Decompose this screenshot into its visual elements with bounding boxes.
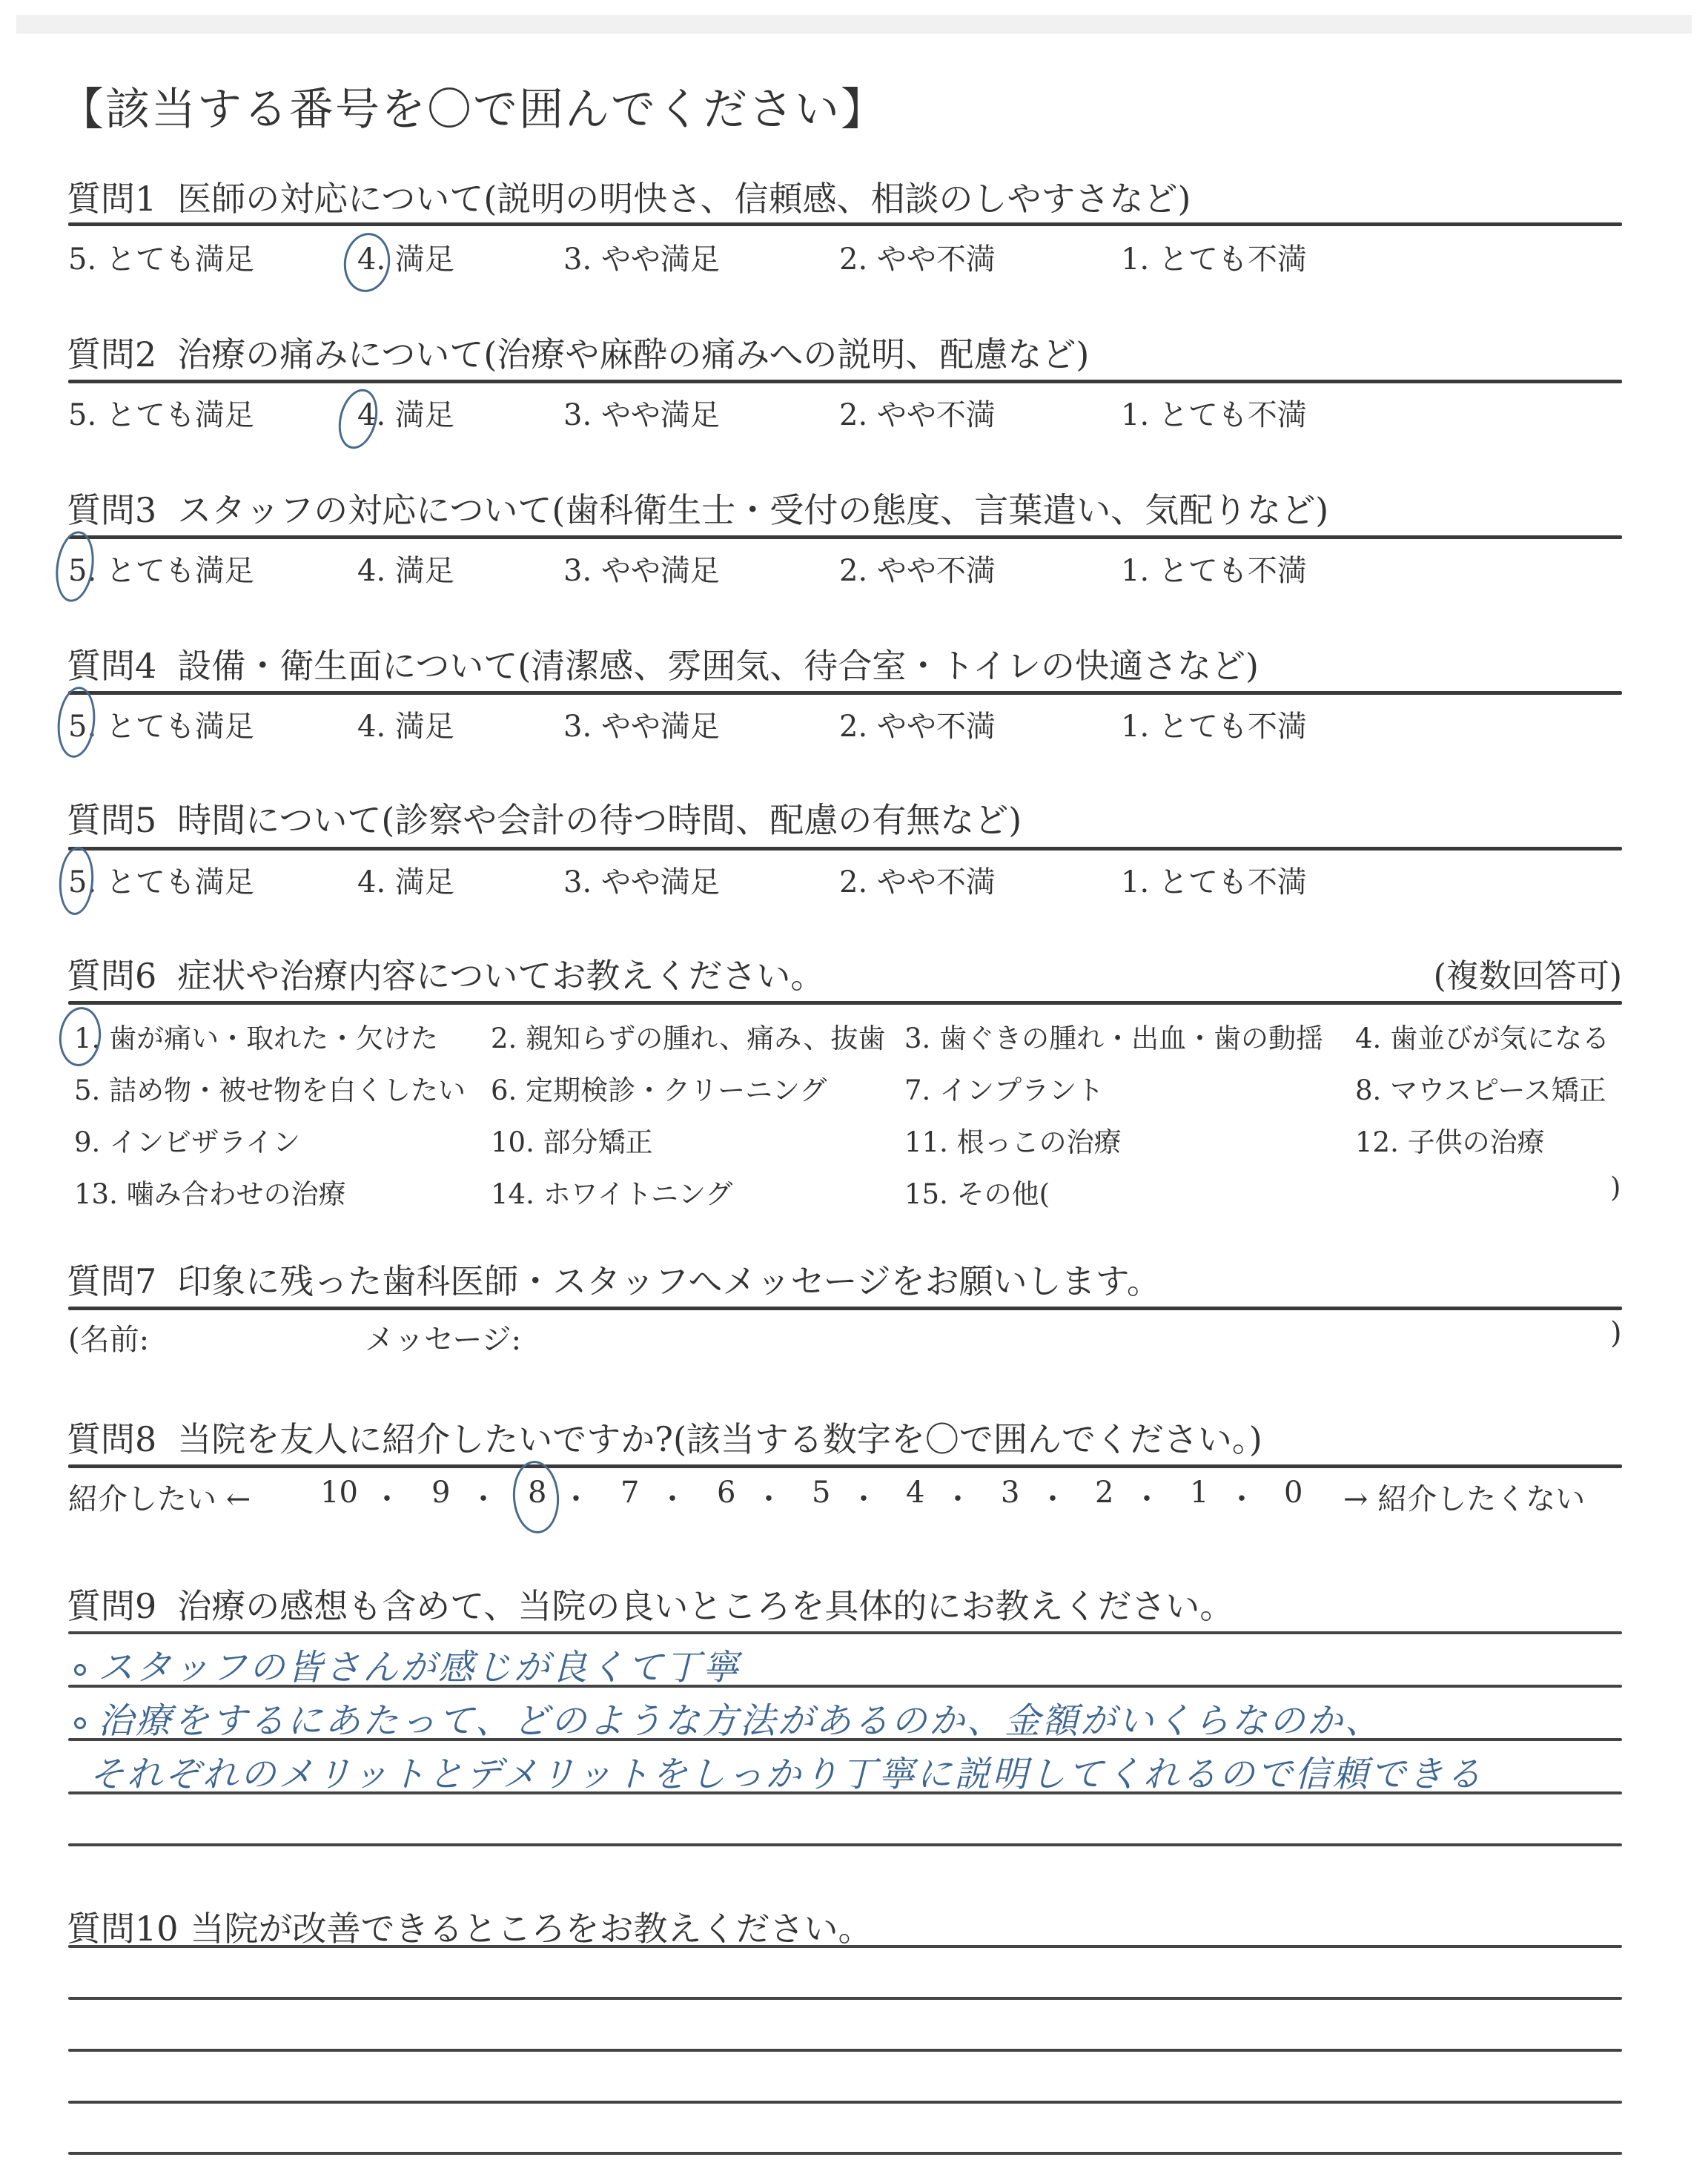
recommend-label: 紹介したい ← <box>68 1476 251 1518</box>
divider <box>68 1464 1622 1468</box>
handwritten-answer-line-1[interactable]: スタッフの皆さんが感じが良くて丁寧 <box>74 1639 741 1690</box>
question-text: 印象に残った歯科医師・スタッフへメッセージをお願いします。 <box>177 1261 1161 1301</box>
score-4[interactable]: 4 <box>906 1476 924 1510</box>
option-1[interactable]: 1. とても不満 <box>1121 859 1307 901</box>
option-4[interactable]: 4. 満足 <box>357 859 454 901</box>
question-text: 当院を友人に紹介したいですか?(該当する数字を〇で囲んでください。) <box>177 1419 1262 1459</box>
question-number: 質問2 <box>67 334 156 374</box>
divider <box>68 1307 1622 1310</box>
option-4[interactable]: 4. 満足 <box>357 703 454 745</box>
question-2-heading: 質問2治療の痛みについて(治療や麻酔の痛みへの説明、配慮など) <box>67 328 1089 377</box>
question-number: 質問10 <box>67 1909 179 1949</box>
answer-line[interactable] <box>68 2049 1622 2052</box>
separator-dot: ・ <box>469 1476 498 1518</box>
question-number: 質問9 <box>67 1586 156 1626</box>
question-9-heading: 質問9治療の感想も含めて、当院の良いところを具体的にお教えください。 <box>67 1579 1234 1628</box>
option-9[interactable]: 9. インビザライン <box>74 1120 300 1160</box>
question-text: 設備・衛生面について(清潔感、雰囲気、待合室・トイレの快適さなど) <box>177 646 1259 686</box>
question-number: 質問7 <box>67 1261 156 1301</box>
option-3[interactable]: 3. 歯ぐきの腫れ・出血・歯の動揺 <box>904 1016 1323 1056</box>
page-title: 【該当する番号を〇で囲んでください】 <box>59 74 887 138</box>
question-number: 質問5 <box>67 800 156 840</box>
option-2[interactable]: 2. やや不満 <box>839 236 996 278</box>
question-text: 時間について(診察や会計の待つ時間、配慮の有無など) <box>177 800 1022 840</box>
option-3[interactable]: 3. やや満足 <box>563 236 720 278</box>
score-9[interactable]: 9 <box>431 1476 450 1510</box>
multiple-answers-note: (複数回答可) <box>1434 949 1622 997</box>
answer-line <box>68 1631 1622 1634</box>
bullet-icon <box>74 1717 86 1729</box>
question-1-heading: 質問1医師の対応について(説明の明快さ、信頼感、相談のしやすさなど) <box>67 172 1191 221</box>
not-recommend-label: → 紹介したくない <box>1343 1476 1585 1518</box>
option-5[interactable]: 5. とても満足 <box>68 859 254 901</box>
separator-dot: ・ <box>658 1476 687 1518</box>
question-text: スタッフの対応について(歯科衛生士・受付の態度、言葉遣い、気配りなど) <box>177 490 1328 530</box>
question-7-heading: 質問7印象に残った歯科医師・スタッフへメッセージをお願いします。 <box>67 1255 1161 1304</box>
answer-line <box>68 1843 1622 1846</box>
separator-dot: ・ <box>372 1476 402 1518</box>
question-number: 質問1 <box>67 179 156 219</box>
option-11[interactable]: 11. 根っこの治療 <box>904 1120 1122 1160</box>
question-number: 質問4 <box>67 646 156 686</box>
option-5[interactable]: 5. とても満足 <box>68 236 254 278</box>
question-text: 症状や治療内容についてお教えください。 <box>177 956 824 996</box>
separator-dot: ・ <box>754 1476 784 1518</box>
question-5-heading: 質問5時間について(診察や会計の待つ時間、配慮の有無など) <box>67 793 1022 842</box>
divider <box>68 1001 1622 1005</box>
score-5[interactable]: 5 <box>812 1476 830 1510</box>
question-number: 質問8 <box>67 1419 156 1459</box>
option-7[interactable]: 7. インプラント <box>904 1068 1104 1108</box>
question-10-heading: 質問10当院が改善できるところをお教えください。 <box>67 1902 873 1951</box>
question-4-heading: 質問4設備・衛生面について(清潔感、雰囲気、待合室・トイレの快適さなど) <box>67 639 1259 688</box>
option-1[interactable]: 1. とても不満 <box>1121 703 1307 745</box>
answer-line <box>68 1685 1622 1688</box>
option-4[interactable]: 4. 満足 <box>357 547 454 589</box>
name-field-label[interactable]: (名前: <box>68 1316 149 1358</box>
message-field-label[interactable]: メッセージ: <box>365 1316 521 1358</box>
score-6[interactable]: 6 <box>717 1476 735 1510</box>
divider <box>68 380 1622 383</box>
question-number: 質問6 <box>67 956 156 996</box>
question-3-heading: 質問3スタッフの対応について(歯科衛生士・受付の態度、言葉遣い、気配りなど) <box>67 483 1328 532</box>
option-3[interactable]: 3. やや満足 <box>563 392 720 434</box>
option-5[interactable]: 5. とても満足 <box>68 547 254 589</box>
score-1[interactable]: 1 <box>1190 1476 1208 1510</box>
option-1[interactable]: 1. とても不満 <box>1121 236 1307 278</box>
handwritten-answer-line-2[interactable]: 治療をするにあたって、どのような方法があるのか、金額がいくらなのか、 <box>74 1692 1383 1743</box>
score-3[interactable]: 3 <box>1001 1476 1019 1510</box>
option-2[interactable]: 2. やや不満 <box>839 859 996 901</box>
answer-line <box>68 1738 1622 1741</box>
score-7[interactable]: 7 <box>620 1476 639 1510</box>
question-text: 治療の痛みについて(治療や麻酔の痛みへの説明、配慮など) <box>177 334 1089 374</box>
divider <box>68 222 1622 226</box>
answer-line[interactable] <box>68 1945 1622 1948</box>
divider <box>68 691 1622 695</box>
separator-dot: ・ <box>1132 1476 1162 1518</box>
separator-dot: ・ <box>849 1476 878 1518</box>
option-3[interactable]: 3. やや満足 <box>563 547 720 589</box>
option-3[interactable]: 3. やや満足 <box>563 859 720 901</box>
option-5[interactable]: 5. 詰め物・被せ物を白くしたい <box>74 1068 466 1108</box>
option-3[interactable]: 3. やや満足 <box>563 703 720 745</box>
question-number: 質問3 <box>67 490 156 530</box>
score-8[interactable]: 8 <box>528 1476 546 1510</box>
answer-line[interactable] <box>68 2152 1622 2155</box>
question-8-heading: 質問8当院を友人に紹介したいですか?(該当する数字を〇で囲んでください。) <box>67 1413 1262 1462</box>
option-14[interactable]: 14. ホワイトニング <box>491 1172 732 1212</box>
answer-line <box>68 1791 1622 1794</box>
option-4[interactable]: 4. 満足 <box>357 392 454 434</box>
option-1[interactable]: 1. 歯が痛い・取れた・欠けた <box>74 1016 438 1056</box>
option-5[interactable]: 5. とても満足 <box>68 703 254 745</box>
answer-line[interactable] <box>68 1997 1622 2000</box>
question-text: 当院が改善できるところをお教えください。 <box>191 1909 873 1949</box>
option-10[interactable]: 10. 部分矯正 <box>491 1120 653 1160</box>
score-10[interactable]: 10 <box>320 1476 358 1510</box>
separator-dot: ・ <box>1038 1476 1067 1518</box>
option-5[interactable]: 5. とても満足 <box>68 392 254 434</box>
option-15-other[interactable]: 15. その他( <box>904 1172 1050 1212</box>
option-4[interactable]: 4. 満足 <box>357 236 454 278</box>
handwritten-answer-line-3[interactable]: それぞれのメリットとデメリットをしっかり丁寧に説明してくれるので信頼できる <box>89 1745 1483 1797</box>
separator-dot: ・ <box>943 1476 973 1518</box>
answer-line[interactable] <box>68 2101 1622 2104</box>
scan-top-edge <box>16 15 1692 33</box>
option-8[interactable]: 8. マウスピース矯正 <box>1355 1068 1606 1108</box>
question-text: 医師の対応について(説明の明快さ、信頼感、相談のしやすさなど) <box>177 179 1191 219</box>
option-2[interactable]: 2. やや不満 <box>839 547 996 589</box>
score-0[interactable]: 0 <box>1284 1476 1302 1510</box>
option-15-close-paren: ) <box>1610 1172 1621 1203</box>
option-4[interactable]: 4. 歯並びが気になる <box>1355 1016 1609 1056</box>
option-1[interactable]: 1. とても不満 <box>1121 547 1307 589</box>
option-2[interactable]: 2. やや不満 <box>839 392 996 434</box>
question-6-heading: 質問6症状や治療内容についてお教えください。 <box>67 949 824 998</box>
option-12[interactable]: 12. 子供の治療 <box>1355 1120 1545 1160</box>
option-6[interactable]: 6. 定期検診・クリーニング <box>491 1068 827 1108</box>
bullet-icon <box>74 1664 86 1676</box>
close-paren: ) <box>1610 1316 1622 1350</box>
divider <box>68 847 1622 851</box>
score-2[interactable]: 2 <box>1095 1476 1113 1510</box>
divider <box>68 535 1622 539</box>
option-2[interactable]: 2. 親知らずの腫れ、痛み、抜歯 <box>491 1016 886 1056</box>
question-text: 治療の感想も含めて、当院の良いところを具体的にお教えください。 <box>177 1586 1234 1626</box>
separator-dot: ・ <box>1227 1476 1257 1518</box>
option-13[interactable]: 13. 噛み合わせの治療 <box>74 1172 346 1212</box>
separator-dot: ・ <box>561 1476 591 1518</box>
option-1[interactable]: 1. とても不満 <box>1121 392 1307 434</box>
option-2[interactable]: 2. やや不満 <box>839 703 996 745</box>
